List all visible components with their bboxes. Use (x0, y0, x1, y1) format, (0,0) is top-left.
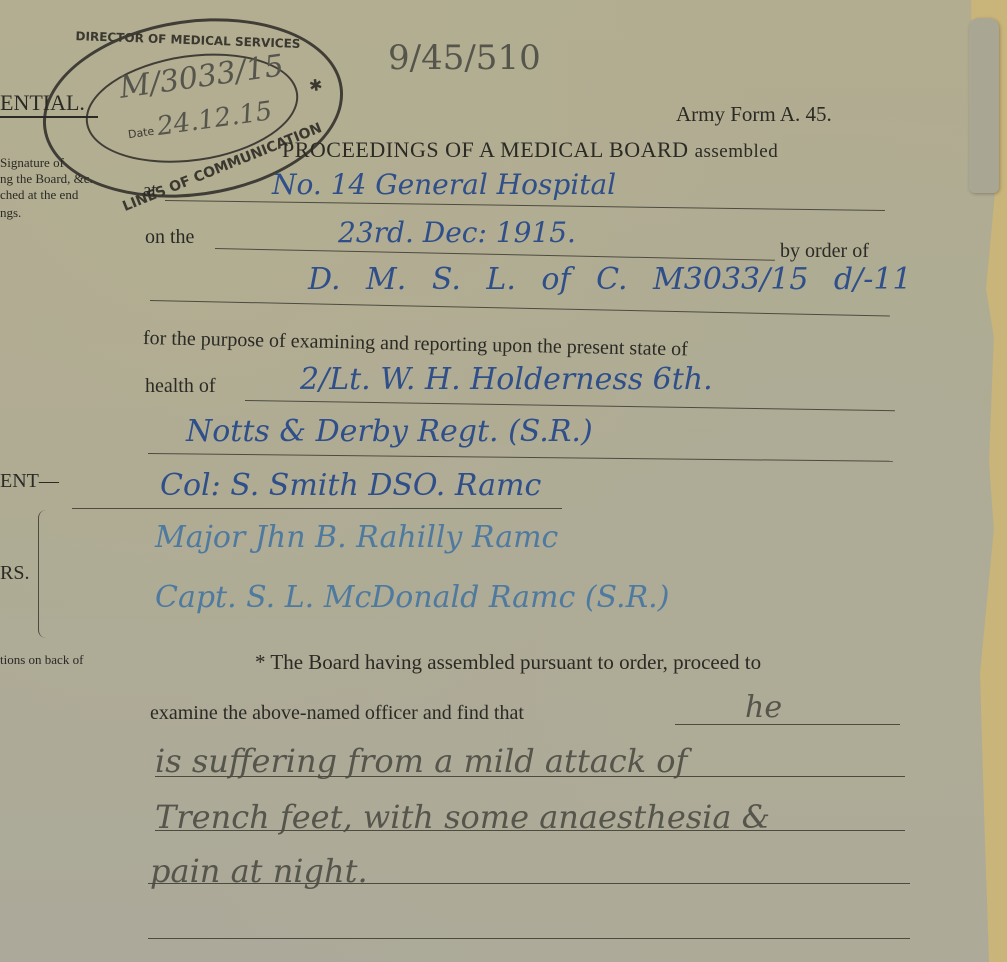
at-value: No. 14 General Hospital (272, 168, 616, 201)
margin-instructions-fragment: tions on back of (0, 652, 83, 668)
date-value: 23rd. Dec: 1915. (338, 216, 576, 249)
health-of-label: health of (145, 375, 216, 398)
by-order-label: by order of (780, 240, 869, 263)
finding-rule-2 (155, 830, 905, 831)
margin-heading-rule (0, 116, 98, 118)
order-value: D. M. S. L. of C. M3033/15 d/-11 (308, 262, 912, 297)
on-the-label: on the (145, 226, 194, 249)
member-2-value: Capt. S. L. McDonald Ramc (S.R.) (155, 580, 669, 615)
stamp-top-text: DIRECTOR OF MEDICAL SERVICES (75, 29, 300, 51)
member-1-value: Major Jhn B. Rahilly Ramc (155, 520, 558, 555)
president-rule (72, 508, 562, 509)
officer-line-2: Notts & Derby Regt. (S.R.) (186, 414, 593, 449)
margin-signature-note-2: ng the Board, &c. (0, 171, 93, 187)
officer-line-1: 2/Lt. W. H. Holderness 6th. (300, 362, 713, 397)
president-value: Col: S. Smith DSO. Ramc (160, 468, 541, 503)
finding-text-line-1: is suffering from a mild attack of (155, 742, 687, 780)
finding-rule-4 (148, 938, 910, 939)
margin-president-fragment: ENT— (0, 470, 59, 493)
finding-line-2: examine the above-named officer and find… (150, 702, 524, 725)
finding-rule-1 (155, 776, 905, 777)
at-label: at (143, 180, 157, 202)
members-brace (38, 510, 49, 638)
margin-signature-note-3: ched at the end (0, 187, 78, 203)
finding-pronoun: he (745, 690, 782, 725)
form-title-suffix: assembled (695, 141, 779, 162)
finding-rule-0 (675, 724, 900, 725)
margin-signature-note-1: Signature of (0, 155, 64, 171)
form-title: PROCEEDINGS OF A MEDICAL BOARD assembled (282, 137, 778, 163)
margin-members-fragment: RS. (0, 562, 29, 585)
form-title-text: PROCEEDINGS OF A MEDICAL BOARD (282, 137, 689, 162)
form-number: Army Form A. 45. (676, 102, 832, 127)
file-reference: 9/45/510 (388, 38, 541, 78)
margin-signature-note-4: ngs. (0, 205, 21, 221)
finding-text-line-3: pain at night. (150, 852, 368, 890)
finding-intro: * The Board having assembled pursuant to… (255, 650, 761, 675)
file-tab (969, 18, 999, 193)
stamp-star: ✱ (308, 75, 324, 96)
margin-heading-fragment: ENTIAL. (0, 90, 85, 116)
finding-rule-3 (148, 883, 910, 884)
